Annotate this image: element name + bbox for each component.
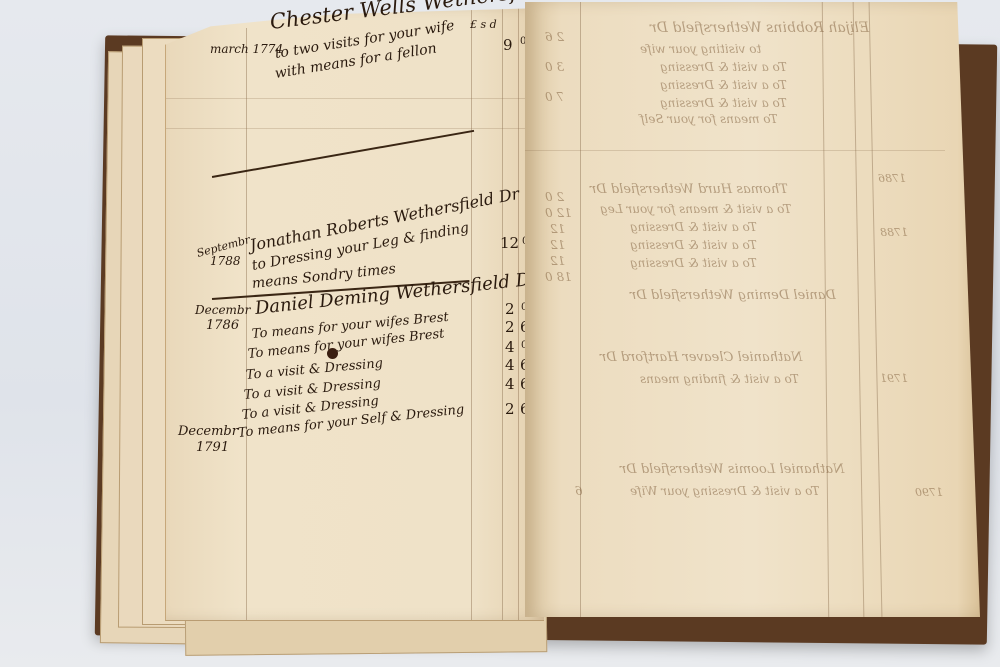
- bleed-through-text: to visiting your wife: [640, 42, 761, 56]
- bleed-through-text: Thomas Hurd Wethersfield Dr: [590, 182, 788, 197]
- bleed-through-text: To a visit & finding means: [640, 372, 799, 386]
- bleed-through-text: To a visit & Dressing your Wife: [630, 484, 819, 498]
- entry-date-year: 1788: [210, 254, 241, 268]
- bleed-through-text: Nathaniel Loomis Wethersfield Dr: [620, 462, 844, 477]
- bleed-through-text: Daniel Deming Wethersfield Dr: [630, 288, 836, 303]
- entry-date-year: 1786: [206, 318, 239, 333]
- bleed-through-amount: 2 6: [545, 30, 564, 44]
- bleed-through-text: To means for your Self: [640, 112, 778, 126]
- bleed-through-text: To a visit & means for your Leg: [600, 202, 791, 216]
- bleed-through-amount: 7 0: [545, 90, 564, 104]
- bleed-through-amount: 12: [550, 254, 565, 268]
- bleed-through-text: To a visit & Dressing: [660, 96, 787, 110]
- bleed-through-date: 1788: [880, 226, 908, 239]
- amount-shillings: 2: [505, 318, 515, 336]
- bleed-through-date: 1791: [880, 372, 908, 385]
- bleed-through-amount: 6: [575, 484, 583, 498]
- bleed-through-text: Nathaniel Cleaver Hartford Dr: [600, 350, 802, 365]
- bleed-through-amount: 12 0: [545, 206, 572, 220]
- bleed-through-text: To a visit & Dressing: [660, 60, 787, 74]
- bleed-through-amount: 12: [550, 238, 565, 252]
- bleed-through-text: Elijah Robbins Wethersfield Dr: [650, 20, 869, 36]
- entry-date-month: Decembr: [195, 303, 250, 317]
- bleed-through-date: 1786: [878, 172, 906, 185]
- amount-shillings: 4: [505, 356, 515, 374]
- bleed-through-amount: 18 0: [545, 270, 572, 284]
- bleed-through-amount: 3 0: [545, 60, 564, 74]
- bleed-through-text: To a visit & Dressing: [660, 78, 787, 92]
- amount-shillings: 2: [505, 400, 515, 418]
- amount-shillings: 2: [505, 300, 515, 318]
- entry-date-year: 1791: [196, 440, 229, 455]
- bleed-through-amount: 2 0: [545, 190, 564, 204]
- bleed-through-text: To a visit & Dressing: [630, 256, 757, 270]
- ledger-right-page: [525, 2, 980, 617]
- bleed-through-text: To a visit & Dressing: [630, 220, 757, 234]
- amount-shillings: 12: [500, 234, 519, 252]
- bleed-through-amount: 12: [550, 222, 565, 236]
- amount-shillings: 4: [505, 375, 515, 393]
- currency-header: £ s d: [470, 18, 497, 31]
- entry-date-month: Decembr: [178, 424, 238, 439]
- entry-date: march 1774: [210, 42, 283, 56]
- amount-shillings: 4: [505, 338, 515, 356]
- amount-shillings: 9: [503, 36, 513, 54]
- ink-blot: [327, 348, 338, 359]
- bleed-through-text: To a visit & Dressing: [630, 238, 757, 252]
- bleed-through-date: 1790: [915, 486, 943, 499]
